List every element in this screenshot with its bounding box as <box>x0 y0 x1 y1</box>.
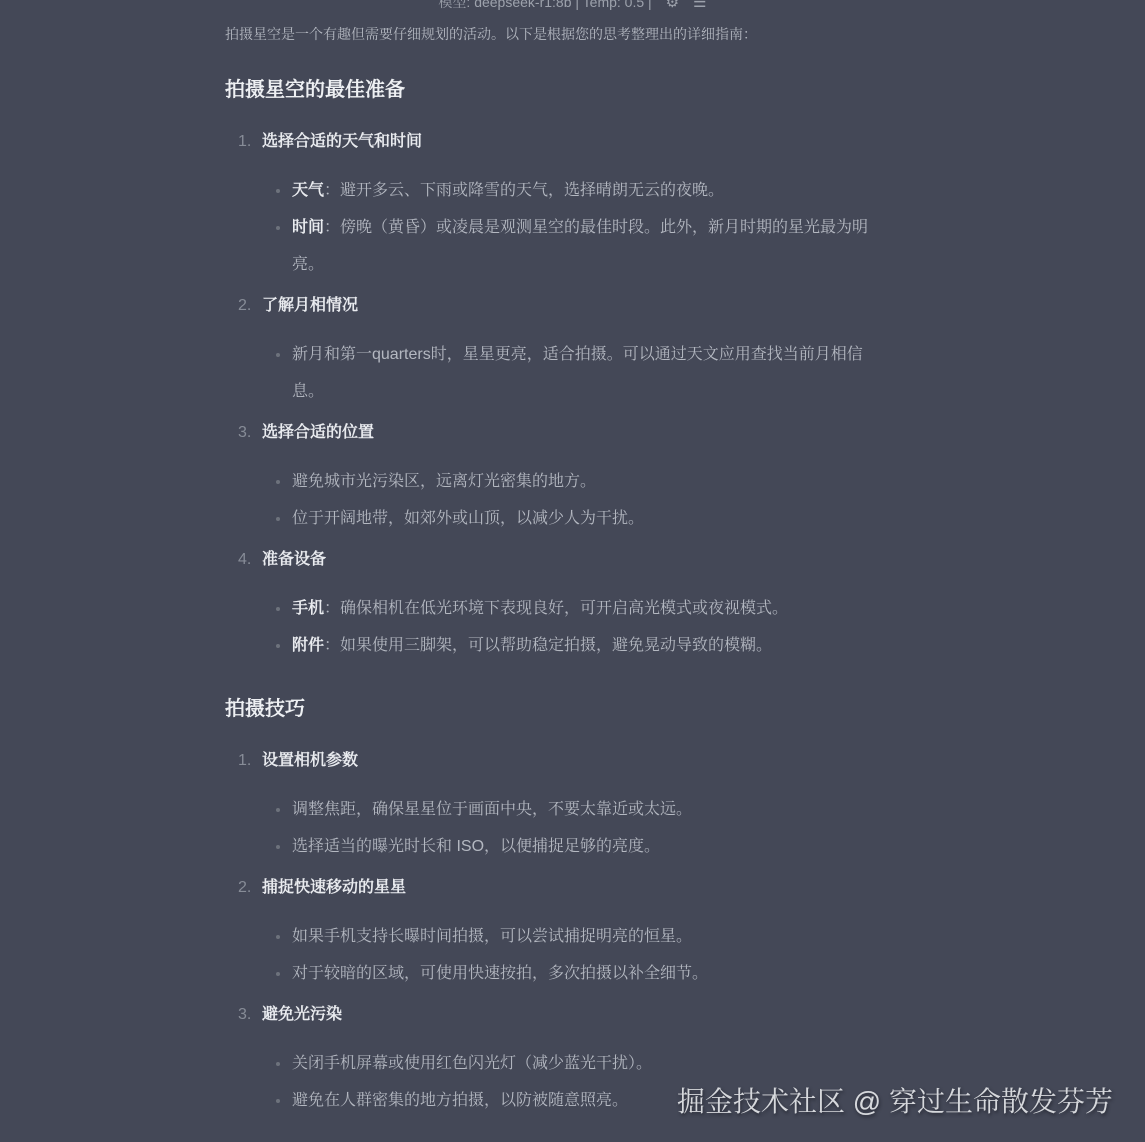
bullet-list: 如果手机支持长曝时间拍摄，可以尝试捕捉明亮的恒星。 对于较暗的区域，可使用快速按… <box>225 918 920 992</box>
list-item-title-text: 选择合适的位置 <box>262 422 374 444</box>
bullet-text: 位于开阔地带，如郊外或山顶，以减少人为干扰。 <box>292 510 644 527</box>
bullet-text: 新月和第一quarters时，星星更亮，适合拍摄。可以通过天文应用查找当前月相信… <box>292 346 863 400</box>
bullet-text: ：避开多云、下雨或降雪的天气，选择晴朗无云的夜晚。 <box>324 182 724 199</box>
list-item-title-text: 了解月相情况 <box>262 295 358 317</box>
list-item-title-text: 准备设备 <box>262 549 326 571</box>
bullet-text: ：如果使用三脚架，可以帮助稳定拍摄，避免晃动导致的模糊。 <box>324 637 772 654</box>
list-item-title-text: 设置相机参数 <box>262 750 358 772</box>
bullet-text: 对于较暗的区域，可使用快速按拍，多次拍摄以补全细节。 <box>292 965 708 982</box>
list-item: 2. 捕捉快速移动的星星 如果手机支持长曝时间拍摄，可以尝试捕捉明亮的恒星。 对… <box>225 877 920 992</box>
bullet-item: 天气：避开多云、下雨或降雪的天气，选择晴朗无云的夜晚。 <box>225 172 877 209</box>
bullet-list: 新月和第一quarters时，星星更亮，适合拍摄。可以通过天文应用查找当前月相信… <box>225 336 920 410</box>
bullet-item: 位于开阔地带，如郊外或山顶，以减少人为干扰。 <box>225 500 877 537</box>
intro-paragraph: 拍摄星空是一个有趣但需要仔细规划的活动。以下是根据您的思考整理出的详细指南： <box>225 24 920 45</box>
list-item-title: 4. 准备设备 <box>225 549 920 571</box>
list-item-title: 3. 避免光污染 <box>225 1004 920 1026</box>
bullet-bold-label: 时间 <box>292 219 324 236</box>
settings-gear-icon[interactable]: ⚙ <box>666 0 679 11</box>
bullet-text: 避免城市光污染区，远离灯光密集的地方。 <box>292 473 596 490</box>
bullet-text: ：傍晚（黄昏）或凌晨是观测星空的最佳时段。此外，新月时期的星光最为明亮。 <box>292 219 868 273</box>
bullet-bold-label: 天气 <box>292 182 324 199</box>
bullet-text: ：确保相机在低光环境下表现良好，可开启高光模式或夜视模式。 <box>324 600 788 617</box>
bullet-list: 手机：确保相机在低光环境下表现良好，可开启高光模式或夜视模式。 附件：如果使用三… <box>225 590 920 664</box>
bullet-item: 如果手机支持长曝时间拍摄，可以尝试捕捉明亮的恒星。 <box>225 918 877 955</box>
watermark-text: 掘金技术社区 @ 穿过生命散发芬芳 <box>677 1080 1113 1120</box>
list-item-title: 1. 设置相机参数 <box>225 750 920 772</box>
bullet-list: 调整焦距，确保星星位于画面中央，不要太靠近或太远。 选择适当的曝光时长和 ISO… <box>225 791 920 865</box>
list-item-title-text: 捕捉快速移动的星星 <box>262 877 406 899</box>
list-item-title-text: 避免光污染 <box>262 1004 342 1026</box>
list-item-title: 3. 选择合适的位置 <box>225 422 920 444</box>
bullet-text: 调整焦距，确保星星位于画面中央，不要太靠近或太远。 <box>292 801 692 818</box>
list-item-number: 2. <box>238 877 262 899</box>
section-heading: 拍摄星空的最佳准备 <box>225 79 920 101</box>
bullet-item: 新月和第一quarters时，星星更亮，适合拍摄。可以通过天文应用查找当前月相信… <box>225 336 877 410</box>
list-item: 3. 选择合适的位置 避免城市光污染区，远离灯光密集的地方。 位于开阔地带，如郊… <box>225 422 920 537</box>
menu-icon[interactable]: ☰ <box>693 0 706 11</box>
bullet-item: 调整焦距，确保星星位于画面中央，不要太靠近或太远。 <box>225 791 877 828</box>
bullet-text: 如果手机支持长曝时间拍摄，可以尝试捕捉明亮的恒星。 <box>292 928 692 945</box>
list-item-title: 2. 了解月相情况 <box>225 295 920 317</box>
bullet-item: 避免城市光污染区，远离灯光密集的地方。 <box>225 463 877 500</box>
bullet-list: 避免城市光污染区，远离灯光密集的地方。 位于开阔地带，如郊外或山顶，以减少人为干… <box>225 463 920 537</box>
bullet-item: 关闭手机屏幕或使用红色闪光灯（减少蓝光干扰）。 <box>225 1045 877 1082</box>
bullet-bold-label: 手机 <box>292 600 324 617</box>
bullet-item: 时间：傍晚（黄昏）或凌晨是观测星空的最佳时段。此外，新月时期的星光最为明亮。 <box>225 209 877 283</box>
list-item-title: 1. 选择合适的天气和时间 <box>225 131 920 153</box>
list-item-number: 3. <box>238 1004 262 1026</box>
numbered-list: 1. 设置相机参数 调整焦距，确保星星位于画面中央，不要太靠近或太远。 选择适当… <box>225 750 920 1119</box>
numbered-list: 1. 选择合适的天气和时间 天气：避开多云、下雨或降雪的天气，选择晴朗无云的夜晚… <box>225 131 920 664</box>
bullet-item: 手机：确保相机在低光环境下表现良好，可开启高光模式或夜视模式。 <box>225 590 877 627</box>
chat-message-body: 拍摄星空是一个有趣但需要仔细规划的活动。以下是根据您的思考整理出的详细指南： 拍… <box>225 0 920 1119</box>
list-item-title-text: 选择合适的天气和时间 <box>262 131 422 153</box>
model-info-bar: 模型: deepseek-r1:8b | Temp: 0.5 |⚙☰ <box>0 0 1145 12</box>
list-item: 4. 准备设备 手机：确保相机在低光环境下表现良好，可开启高光模式或夜视模式。 … <box>225 549 920 664</box>
list-item-number: 1. <box>238 131 262 153</box>
list-item-number: 4. <box>238 549 262 571</box>
list-item-number: 3. <box>238 422 262 444</box>
bullet-item: 对于较暗的区域，可使用快速按拍，多次拍摄以补全细节。 <box>225 955 877 992</box>
bullet-bold-label: 附件 <box>292 637 324 654</box>
bullet-text: 选择适当的曝光时长和 ISO，以便捕捉足够的亮度。 <box>292 838 660 855</box>
bullet-text: 避免在人群密集的地方拍摄，以防被随意照亮。 <box>292 1092 628 1109</box>
list-item: 1. 设置相机参数 调整焦距，确保星星位于画面中央，不要太靠近或太远。 选择适当… <box>225 750 920 865</box>
list-item: 2. 了解月相情况 新月和第一quarters时，星星更亮，适合拍摄。可以通过天… <box>225 295 920 410</box>
bullet-item: 选择适当的曝光时长和 ISO，以便捕捉足够的亮度。 <box>225 828 877 865</box>
section-heading: 拍摄技巧 <box>225 698 920 720</box>
list-item: 1. 选择合适的天气和时间 天气：避开多云、下雨或降雪的天气，选择晴朗无云的夜晚… <box>225 131 920 283</box>
list-item-number: 1. <box>238 750 262 772</box>
bullet-list: 天气：避开多云、下雨或降雪的天气，选择晴朗无云的夜晚。 时间：傍晚（黄昏）或凌晨… <box>225 172 920 283</box>
list-item-title: 2. 捕捉快速移动的星星 <box>225 877 920 899</box>
bullet-text: 关闭手机屏幕或使用红色闪光灯（减少蓝光干扰）。 <box>292 1055 652 1072</box>
list-item-number: 2. <box>238 295 262 317</box>
model-info-text: 模型: deepseek-r1:8b | Temp: 0.5 | <box>438 0 651 10</box>
bullet-item: 附件：如果使用三脚架，可以帮助稳定拍摄，避免晃动导致的模糊。 <box>225 627 877 664</box>
